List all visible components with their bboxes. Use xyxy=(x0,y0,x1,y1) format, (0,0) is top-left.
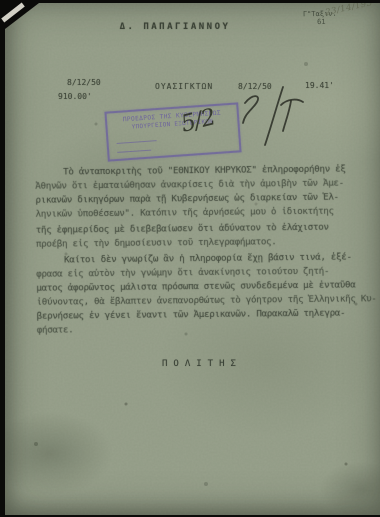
stamp-blank-field xyxy=(117,150,151,153)
dirt-specks xyxy=(5,3,7,5)
signature-name: ΠΟΛΙΤΗΣ xyxy=(162,359,242,369)
body-line: ρικανῶν δικηγόρων παρὰ τῇ Κυβερνήσεως ὡς… xyxy=(35,192,339,206)
origin-city: ΟΥΑΣΙΓΚΤΩΝ xyxy=(155,82,213,91)
body-line: Τὸ ἀνταποκριτὴς τοῦ "ΕΘΝΙΚΟΥ ΚΗΡΥΚΟΣ" ἐπ… xyxy=(63,164,346,178)
handwritten-routing-mark xyxy=(231,83,311,149)
body-line: φήσατε. xyxy=(37,324,74,335)
classification-number: 61 xyxy=(317,18,337,26)
date-received: 8/12/50 xyxy=(238,82,272,91)
body-line: ληνικῶν ὑποθέσεων". Κατόπιν τῆς ἀρνήσεώς… xyxy=(36,206,334,220)
scanned-telegram-page: { "document_type": "scanned typewritten … xyxy=(0,0,380,517)
paper-sheet: Δ. ΠΑΠΑΓΙΑΝΝΟΥ Γ"Ταξιν. 61 23/14/193 8/1… xyxy=(5,3,380,515)
body-line: προέβη εἰς τὴν δημοσίευσιν τοῦ τηλεγραφή… xyxy=(36,236,277,250)
body-line: ἰθύνοντας, θὰ ἔβλαπτεν ἀνεπανορθώτως τὸ … xyxy=(36,293,376,308)
body-line: Καίτοι δὲν γνωρίζω ἂν ἡ πληροφορία ἔχῃ β… xyxy=(64,251,352,265)
telegram-body: Τὸ ἀνταποκριτὴς τοῦ "ΕΘΝΙΚΟΥ ΚΗΡΥΚΟΣ" ἐπ… xyxy=(35,157,371,161)
body-line: ματος ἀφορῶντος μάλιστα πρόσωπα στενῶς σ… xyxy=(36,279,355,293)
body-line: τῆς ἐφημερίδος μὲ διεβεβαίωσεν ὅτι ἀδύνα… xyxy=(36,222,329,236)
time-received: 19.41' xyxy=(305,81,334,90)
date-sent: 8/12/50 xyxy=(67,78,101,87)
body-line: Ἀθηνῶν ὅτι ἐματαιώθησαν ἀνακρίσεις διὰ τ… xyxy=(35,178,344,192)
meta-counter: 910.00' xyxy=(58,92,92,101)
body-line: βερνήσεως ἐν γένει ἔναντι τῶν Ἀμερικανῶν… xyxy=(37,308,346,322)
sender-name: Δ. ΠΑΠΑΓΙΑΝΝΟΥ xyxy=(5,22,345,32)
ministry-receipt-stamp: ΠΡΟΕΔΡΟΣ ΤΗΣ ΚΥΒΕΡΝΗΣΕΩΣ ΥΠΟΥΡΓΕΙΟΝ ΕΞΩΤ… xyxy=(104,102,241,161)
pencil-archival-note: 23/14/193 xyxy=(324,0,373,18)
body-line: φρασα εἰς αὐτὸν τὴν γνώμην ὅτι ἀνακίνησι… xyxy=(36,266,329,280)
stamp-blank-field xyxy=(117,140,157,144)
